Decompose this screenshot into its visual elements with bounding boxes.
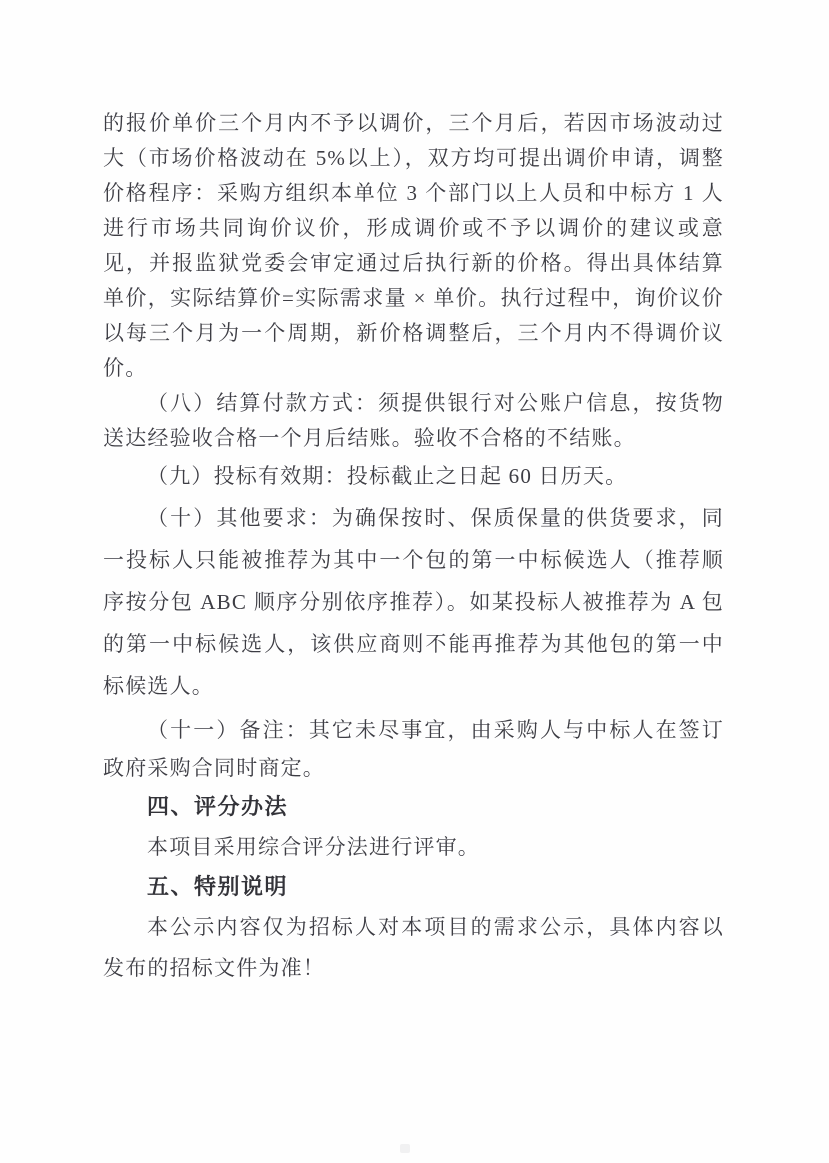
paragraph-item-8-settlement-payment: （八）结算付款方式：须提供银行对公账户信息，按货物送达经验收合格一个月后结账。验… bbox=[103, 386, 724, 456]
heading-section-4-scoring-method: 四、评分办法 bbox=[103, 787, 724, 827]
document-body: 的报价单价三个月内不予以调价，三个月后，若因市场波动过大（市场价格波动在 5%以… bbox=[103, 106, 724, 989]
paragraph-scoring-method-body: 本项目采用综合评分法进行评审。 bbox=[103, 827, 724, 867]
paragraph-price-adjustment-continuation: 的报价单价三个月内不予以调价，三个月后，若因市场波动过大（市场价格波动在 5%以… bbox=[103, 106, 724, 386]
faint-footer-smudge bbox=[400, 1144, 410, 1153]
paragraph-special-notes-body: 本公示内容仅为招标人对本项目的需求公示，具体内容以发布的招标文件为准！ bbox=[103, 907, 724, 989]
heading-section-5-special-notes: 五、特别说明 bbox=[103, 867, 724, 907]
paragraph-item-11-remarks: （十一）备注：其它未尽事宜，由采购人与中标人在签订政府采购合同时商定。 bbox=[103, 711, 724, 787]
paragraph-item-9-bid-validity: （九）投标有效期：投标截止之日起 60 日历天。 bbox=[103, 456, 724, 497]
paragraph-item-10-other-requirements: （十）其他要求：为确保按时、保质保量的供货要求，同一投标人只能被推荐为其中一个包… bbox=[103, 497, 724, 707]
document-page: 的报价单价三个月内不予以调价，三个月后，若因市场波动过大（市场价格波动在 5%以… bbox=[0, 0, 829, 1163]
